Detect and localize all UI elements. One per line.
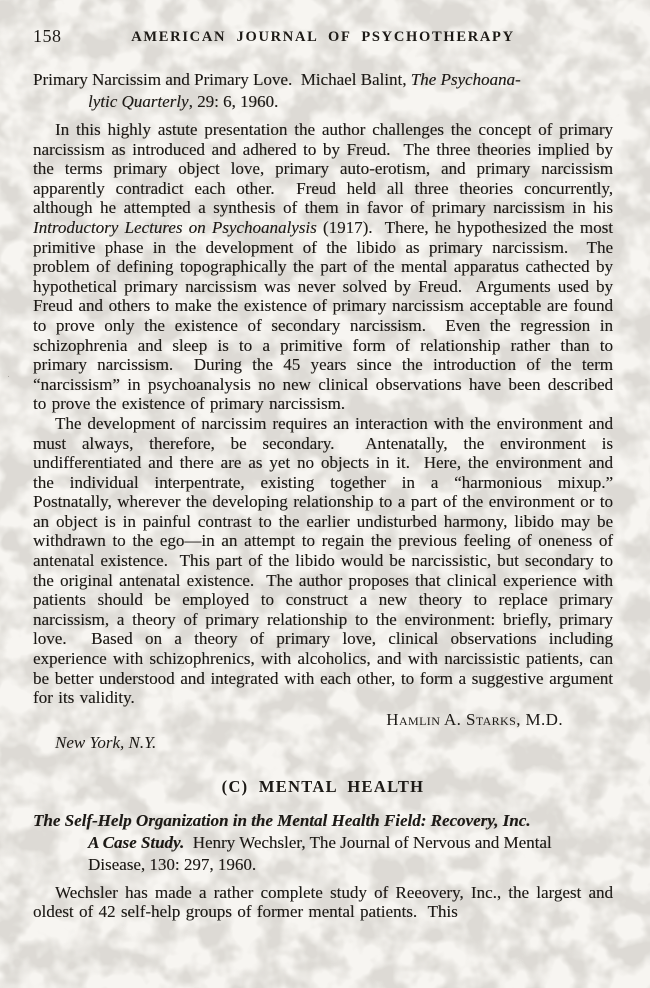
reviewer-name: Hamlin A. Starks, M.D. [386,710,563,729]
journal-title-header: AMERICAN JOURNAL OF PSYCHOTHERAPY [33,29,613,46]
review-balint-body: In this highly astute presentation the a… [33,120,613,708]
text-block: 158 AMERICAN JOURNAL OF PSYCHOTHERAPY Pr… [33,0,613,922]
body-paragraph: The development of narcissim requires an… [33,414,613,708]
body-paragraph: In this highly astute presentation the a… [33,120,613,414]
scanned-journal-page: 158 AMERICAN JOURNAL OF PSYCHOTHERAPY Pr… [0,0,650,988]
reviewer-location: New York, N.Y. [33,733,613,753]
review-wechsler-body: Wechsler has made a rather complete stud… [33,883,613,922]
running-header: 158 AMERICAN JOURNAL OF PSYCHOTHERAPY [33,0,613,50]
citation-wechsler: The Self-Help Organization in the Mental… [33,810,613,876]
section-heading-mental-health: (C) MENTAL HEALTH [33,777,613,797]
body-paragraph: Wechsler has made a rather complete stud… [33,883,613,922]
reviewer-signature: Hamlin A. Starks, M.D. [33,710,613,730]
citation-balint: Primary Narcissim and Primary Love. Mich… [33,69,613,113]
